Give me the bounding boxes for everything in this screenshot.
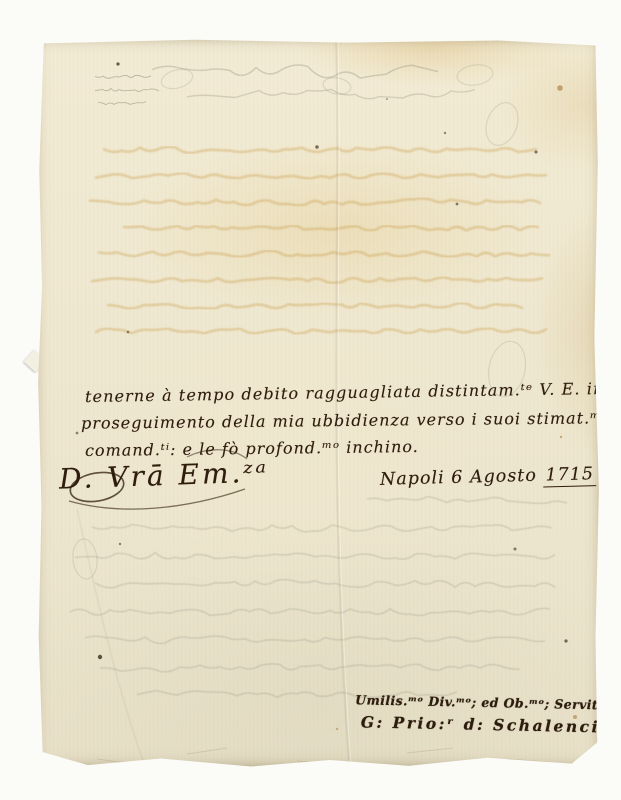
dateline: Napoli 6 Agosto 1715: [380, 464, 596, 490]
letter-page: tenerne à tempo debito ragguagliata dist…: [37, 39, 600, 768]
scan-background: tenerne à tempo debito ragguagliata dist…: [0, 0, 621, 800]
closing-block: Umilis.ᵐᵒ Div.ᵐᵒ; ed Ob.ᵐᵒ; Servitore G:…: [355, 692, 621, 737]
date-year: 1715: [543, 464, 596, 487]
dateline-place-text: Napoli 6 Agosto: [380, 466, 537, 490]
